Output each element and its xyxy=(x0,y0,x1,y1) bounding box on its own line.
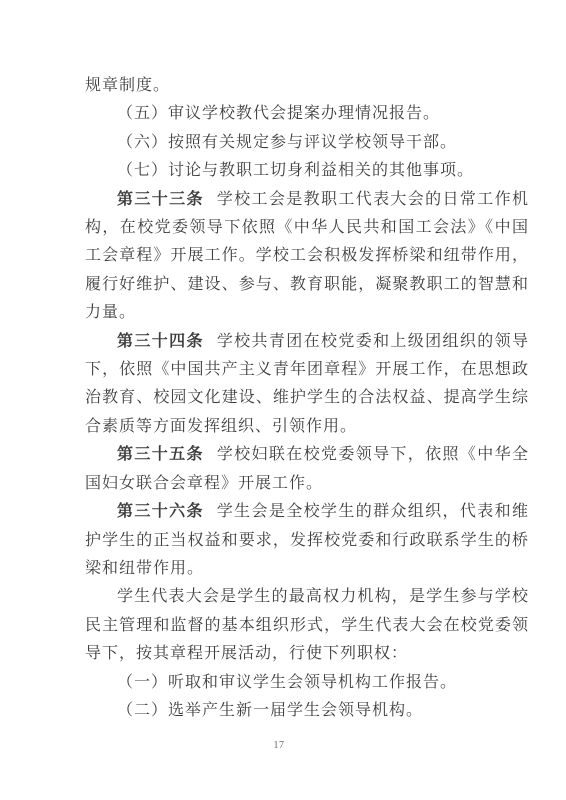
article-35-paragraph: 第三十五条学校妇联在校党委领导下，依照《中华全国妇女联合会章程》开展工作。 xyxy=(85,441,529,498)
clause-item-2: （二）选举产生新一届学生会领导机构。 xyxy=(85,697,529,725)
page-number: 17 xyxy=(0,740,558,751)
article-33-number: 第三十三条 xyxy=(117,191,204,208)
clause-item-6: （六）按照有关规定参与评议学校领导干部。 xyxy=(85,129,529,157)
page-body-text: 规章制度。 （五）审议学校教代会提案办理情况报告。 （六）按照有关规定参与评议学… xyxy=(85,72,529,725)
article-34-number: 第三十四条 xyxy=(117,333,204,350)
document-page: 规章制度。 （五）审议学校教代会提案办理情况报告。 （六）按照有关规定参与评议学… xyxy=(0,0,566,800)
article-36-paragraph: 第三十六条学生会是全校学生的群众组织，代表和维护学生的正当权益和要求，发挥校党委… xyxy=(85,498,529,583)
article-33-paragraph: 第三十三条学校工会是教职工代表大会的日常工作机构，在校党委领导下依照《中华人民共… xyxy=(85,186,529,328)
clause-item-7: （七）讨论与教职工切身利益相关的其他事项。 xyxy=(85,157,529,185)
paragraph-continuation: 规章制度。 xyxy=(85,72,529,100)
clause-item-1: （一）听取和审议学生会领导机构工作报告。 xyxy=(85,669,529,697)
clause-item-5: （五）审议学校教代会提案办理情况报告。 xyxy=(85,100,529,128)
article-36-number: 第三十六条 xyxy=(117,503,204,520)
body-paragraph: 学生代表大会是学生的最高权力机构，是学生参与学校民主管理和监督的基本组织形式，学… xyxy=(85,583,529,668)
article-34-paragraph: 第三十四条学校共青团在校党委和上级团组织的领导下，依照《中国共产主义青年团章程》… xyxy=(85,328,529,442)
article-33-text: 学校工会是教职工代表大会的日常工作机构，在校党委领导下依照《中华人民共和国工会法… xyxy=(85,191,529,322)
article-35-number: 第三十五条 xyxy=(117,446,204,463)
